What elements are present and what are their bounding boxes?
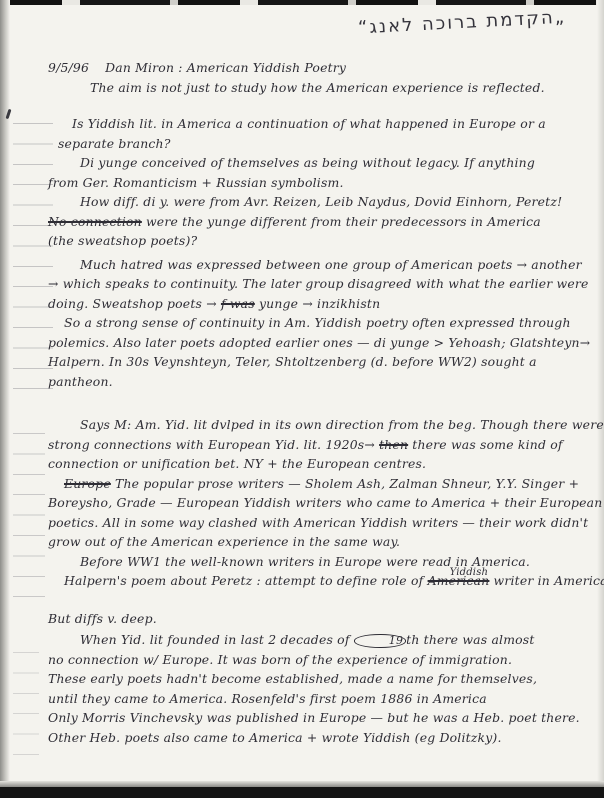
note-text: Other Heb. poets also came to America + …	[48, 730, 502, 745]
note-text: But diffs v. deep.	[48, 611, 157, 626]
note-text: there was some kind of	[408, 437, 563, 452]
note-text: How diff. di y. were from Avr. Reizen, L…	[80, 194, 562, 209]
note-text: When Yid. lit founded in last 2 decades …	[80, 632, 354, 647]
note-line: Halpern. In 30s Veynshteyn, Teler, Shtol…	[48, 352, 576, 372]
lecture-title: Dan Miron : American Yiddish Poetry	[105, 60, 346, 75]
handwritten-notes: 9/5/96Dan Miron : American Yiddish Poetr…	[48, 58, 576, 747]
note-text: Di yunge conceived of themselves as bein…	[80, 155, 535, 170]
inserted-word: Yiddish	[434, 563, 489, 583]
note-line: When Yid. lit founded in last 2 decades …	[48, 630, 576, 650]
note-date: 9/5/96	[48, 60, 89, 75]
note-text: from Ger. Romanticism + Russian symbolis…	[48, 175, 344, 190]
note-text: Is Yiddish lit. in America a continuatio…	[72, 116, 546, 131]
note-line: But diffs v. deep.	[48, 609, 576, 629]
note-line: polemics. Also later poets adopted earli…	[48, 333, 576, 353]
note-text: writer in America	[489, 573, 604, 588]
note-line: Boreysho, Grade — European Yiddish write…	[48, 493, 576, 513]
ruled-margin-marks	[13, 123, 53, 393]
note-text: Only Morris Vinchevsky was published in …	[48, 710, 580, 725]
note-line: Says M: Am. Yid. lit dvlped in its own d…	[48, 415, 576, 435]
note-text: poetics. All in some way clashed with Am…	[48, 515, 588, 530]
note-text: no connection w/ Europe. It was born of …	[48, 652, 512, 667]
struck-word: Europe	[64, 476, 111, 491]
note-text: separate branch?	[58, 136, 171, 151]
note-text: connection or unification bet. NY + the …	[48, 456, 426, 471]
struck-word: f was	[221, 296, 255, 311]
note-text: The aim is not just to study how the Ame…	[90, 80, 545, 95]
note-line: How diff. di y. were from Avr. Reizen, L…	[48, 192, 576, 212]
note-text: polemics. Also later poets adopted earli…	[48, 335, 590, 350]
note-line: from Ger. Romanticism + Russian symbolis…	[48, 173, 576, 193]
note-text: Halpern's poem about Peretz : attempt to…	[64, 573, 428, 588]
note-line: until they came to America. Rosenfeld's …	[48, 689, 576, 709]
hebrew-annotation: „הקדמת ברוכה לאנג“	[357, 7, 566, 39]
note-line: → which speaks to continuity. The later …	[48, 274, 576, 294]
note-line: Di yunge conceived of themselves as bein…	[48, 153, 576, 173]
scan-edge-top	[0, 0, 604, 5]
note-text: The popular prose writers — Sholem Ash, …	[111, 476, 579, 491]
note-text: yunge → inzikhistn	[255, 296, 380, 311]
note-line: Much hatred was expressed between one gr…	[48, 255, 576, 275]
circled-number: 19	[354, 634, 406, 648]
note-line: Halpern's poem about Peretz : attempt to…	[48, 571, 576, 591]
scan-edge-right	[597, 0, 604, 798]
note-line: Before WW1 the well-known writers in Eur…	[48, 552, 576, 572]
note-text: doing. Sweatshop poets →	[48, 296, 221, 311]
note-line: separate branch?	[48, 134, 576, 154]
note-line: doing. Sweatshop poets → f was yunge → i…	[48, 294, 576, 314]
note-line: Is Yiddish lit. in America a continuatio…	[48, 114, 576, 134]
note-line: Other Heb. poets also came to America + …	[48, 728, 576, 748]
scanned-page: „הקדמת ברוכה לאנג“ 9/5/96Dan Miron : Ame…	[0, 0, 604, 798]
note-line: Only Morris Vinchevsky was published in …	[48, 708, 576, 728]
note-line: grow out of the American experience in t…	[48, 532, 576, 552]
ruled-margin-marks	[13, 652, 39, 762]
note-text: pantheon.	[48, 374, 113, 389]
note-text: Halpern. In 30s Veynshteyn, Teler, Shtol…	[48, 354, 537, 369]
note-text: were the yunge different from their pred…	[142, 214, 541, 229]
note-line: connection or unification bet. NY + the …	[48, 454, 576, 474]
ruled-margin-marks	[13, 433, 45, 601]
note-line: pantheon.	[48, 372, 576, 392]
note-text: So a strong sense of continuity in Am. Y…	[64, 315, 571, 330]
note-line: No connection were the yunge different f…	[48, 212, 576, 232]
note-line: These early poets hadn't become establis…	[48, 669, 576, 689]
scan-edge-bottom	[0, 787, 604, 798]
note-line: (the sweatshop poets)?	[48, 231, 576, 251]
note-text: Boreysho, Grade — European Yiddish write…	[48, 495, 602, 510]
note-text: → which speaks to continuity. The later …	[48, 276, 589, 291]
correction: YiddishAmerican	[428, 573, 490, 588]
note-line: The aim is not just to study how the Ame…	[48, 78, 576, 98]
note-line: no connection w/ Europe. It was born of …	[48, 650, 576, 670]
note-text: Much hatred was expressed between one gr…	[80, 257, 582, 272]
scan-edge-left	[0, 0, 10, 798]
note-line: poetics. All in some way clashed with Am…	[48, 513, 576, 533]
struck-word: then	[379, 437, 408, 452]
note-text: until they came to America. Rosenfeld's …	[48, 691, 487, 706]
note-line: Europe The popular prose writers — Shole…	[48, 474, 576, 494]
note-line: So a strong sense of continuity in Am. Y…	[48, 313, 576, 333]
note-text: th there was almost	[406, 632, 534, 647]
note-text: Says M: Am. Yid. lit dvlped in its own d…	[80, 417, 604, 432]
note-text: strong connections with European Yid. li…	[48, 437, 379, 452]
note-text: grow out of the American experience in t…	[48, 534, 400, 549]
note-text: These early poets hadn't become establis…	[48, 671, 537, 686]
note-line: strong connections with European Yid. li…	[48, 435, 576, 455]
note-text: (the sweatshop poets)?	[48, 233, 197, 248]
title-line: 9/5/96Dan Miron : American Yiddish Poetr…	[48, 58, 576, 78]
struck-word: No connection	[48, 214, 142, 229]
note-lines: The aim is not just to study how the Ame…	[48, 78, 576, 748]
